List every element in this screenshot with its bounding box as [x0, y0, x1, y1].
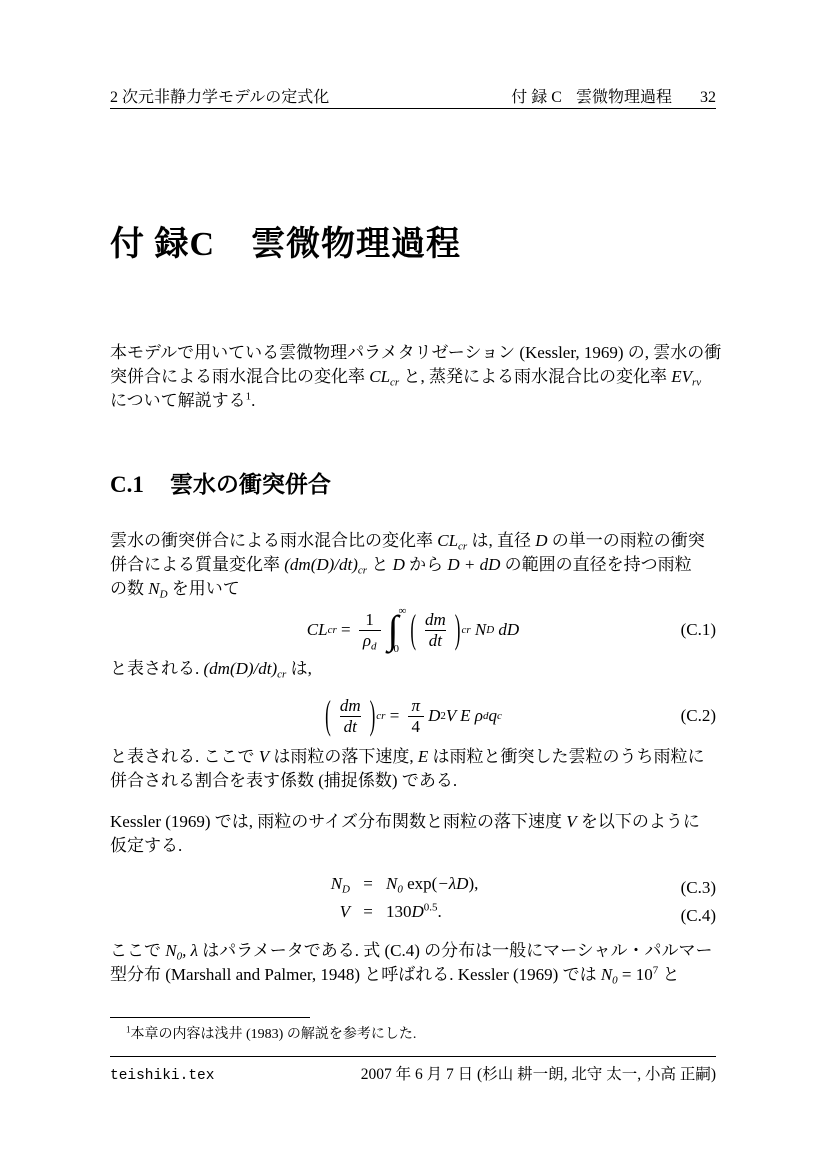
- paragraph-marshall-palmer: ここで N0, λ はパラメータである. 式 (C.4) の分布は一般にマーシャ…: [110, 939, 722, 987]
- equation-c1: CLcr = 1ρd∫∞0(dmdt)cr ND dD (C.1): [110, 600, 716, 660]
- equation-c2-number: (C.2): [681, 706, 716, 726]
- equation-c3-rhs: N0 exp(−λD),: [386, 874, 716, 894]
- equation-c3-relation: =: [350, 874, 386, 894]
- footer-filename: teishiki.tex: [110, 1068, 214, 1084]
- page-header: 2 次元非静力学モデルの定式化 付 録 C 雲微物理過程 32: [110, 84, 716, 107]
- footnote-text: 本章の内容は浅井 (1983) の解説を参考にした.: [131, 1027, 417, 1042]
- section-heading: C.1 雲水の衝突併合: [110, 466, 331, 499]
- header-chapter-title: 雲微物理過程: [576, 84, 672, 107]
- paragraph-collision: 雲水の衝突併合による雨水混合比の変化率 CLcr は, 直径 D の単一の雨粒の…: [110, 529, 722, 600]
- equation-c3: ND = N0 exp(−λD), (C.3): [110, 874, 716, 902]
- page-footer: teishiki.tex 2007 年 6 月 7 日 (杉山 耕一朗, 北守 …: [110, 1062, 716, 1084]
- footnote: 1本章の内容は浅井 (1983) の解説を参考にした.: [110, 1023, 722, 1043]
- footer-date-authors: 2007 年 6 月 7 日 (杉山 耕一朗, 北守 太一, 小高 正嗣): [361, 1062, 716, 1084]
- equation-c4: V = 130D0.5. (C.4): [110, 902, 716, 930]
- section-number: C.1: [110, 472, 144, 498]
- section-title: 雲水の衝突併合: [170, 466, 331, 499]
- chapter-label: 付 録C: [110, 216, 215, 265]
- header-page-number: 32: [700, 89, 716, 107]
- equation-c4-number: (C.4): [681, 906, 716, 926]
- equation-c1-number: (C.1): [681, 620, 716, 640]
- equation-c3-lhs: ND: [110, 874, 350, 894]
- eqnarray-c3-c4: ND = N0 exp(−λD), (C.3) V = 130D0.5. (C.…: [110, 874, 716, 930]
- footer-rule: [110, 1056, 716, 1057]
- footnote-marker: 1: [110, 1027, 131, 1042]
- header-right: 付 録 C 雲微物理過程 32: [511, 84, 716, 107]
- paragraph-intro: 本モデルで用いている雲微物理パラメタリゼーション (Kessler, 1969)…: [110, 341, 722, 412]
- document-page: 2 次元非静力学モデルの定式化 付 録 C 雲微物理過程 32 付 録C 雲微物…: [0, 0, 826, 1169]
- paragraph-velocity: と表される. ここで V は雨粒の落下速度, E は雨粒と衝突した雲粒のうち雨粒…: [110, 745, 722, 793]
- equation-c4-relation: =: [350, 902, 386, 922]
- equation-c3-number: (C.3): [681, 878, 716, 898]
- chapter-title-text: 雲微物理過程: [251, 216, 461, 265]
- equation-c4-lhs: V: [110, 902, 350, 922]
- paragraph-dmdt: と表される. (dm(D)/dt)cr は,: [110, 657, 722, 681]
- header-left-title: 2 次元非静力学モデルの定式化: [110, 84, 329, 107]
- footnote-rule: [110, 1017, 310, 1018]
- chapter-title: 付 録C 雲微物理過程: [110, 216, 461, 265]
- equation-c2-body: (dmdt)cr = π4D2V E ρdqc: [324, 696, 502, 736]
- equation-c4-rhs: 130D0.5.: [386, 902, 716, 922]
- header-chapter-label: 付 録 C: [511, 84, 562, 107]
- equation-c1-body: CLcr = 1ρd∫∞0(dmdt)cr ND dD: [307, 607, 519, 653]
- header-rule: [110, 108, 716, 109]
- equation-c2: (dmdt)cr = π4D2V E ρdqc (C.2): [110, 686, 716, 746]
- paragraph-kessler: Kessler (1969) では, 雨粒のサイズ分布関数と雨粒の落下速度 V …: [110, 810, 722, 858]
